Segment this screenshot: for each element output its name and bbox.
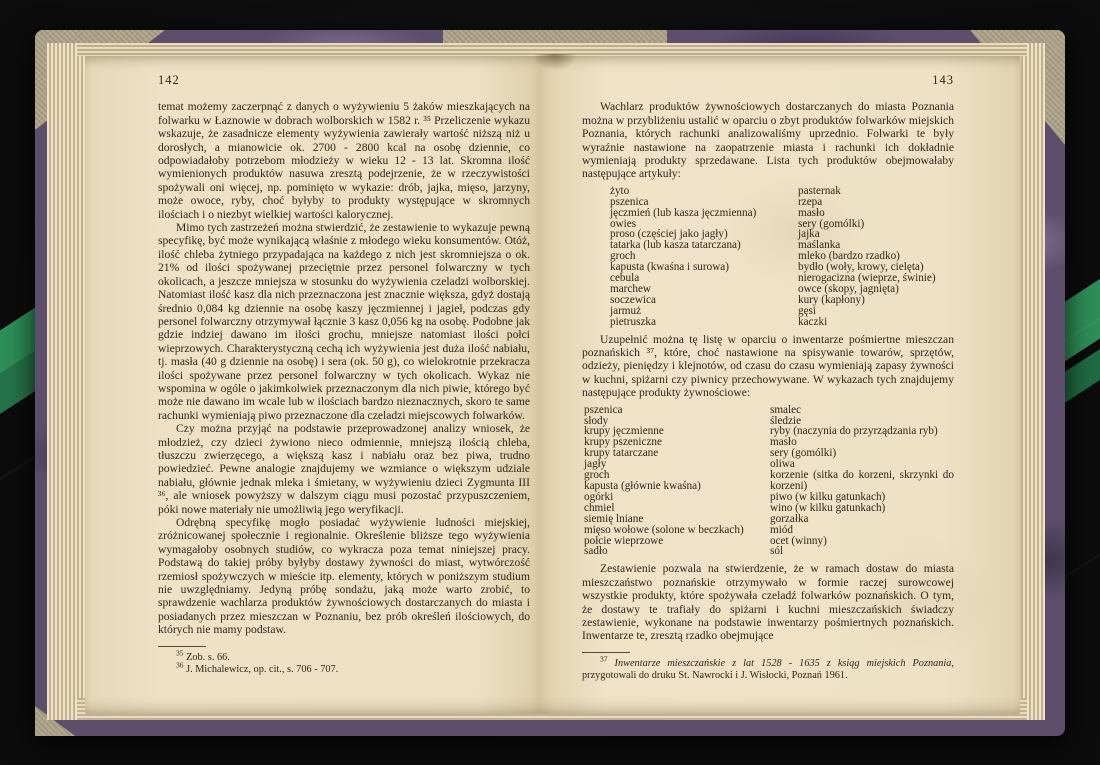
body-paragraph: Uzupełnić można tę listę w oparciu o inw…	[582, 333, 954, 400]
page-edges-right	[1021, 43, 1045, 720]
right-page: 143 Wachlarz produktów żywnościowych dos…	[582, 74, 954, 683]
list-item: jagły	[584, 459, 770, 470]
list-item: sery (gomólki)	[798, 219, 954, 230]
list-item: gorzałka	[770, 514, 954, 525]
body-paragraph: Zestawienie pozwala na stwierdzenie, że …	[582, 562, 954, 642]
product-list-column-right: pasternakrzepamasłosery (gomólki)jajkama…	[798, 186, 954, 328]
body-paragraph: Czy można przyjąć na podstawie przeprowa…	[158, 422, 530, 516]
list-item: mięso wołowe (solone w beczkach)	[584, 525, 770, 536]
footnote-marker: 37	[600, 654, 608, 663]
book-scan-background: 142 temat możemy zaczerpnąć z danych o w…	[0, 0, 1100, 765]
list-item: sery (gomólki)	[770, 448, 954, 459]
footnote-rule	[158, 646, 206, 647]
page-number-left: 142	[158, 74, 530, 87]
list-item: ryby (naczynia do przyrządzania ryb)	[770, 426, 954, 437]
list-item: pietruszka	[610, 317, 798, 328]
footnote-marker: 35	[176, 648, 184, 657]
body-paragraph: Wachlarz produktów żywnościowych dostarc…	[582, 100, 954, 180]
list-item: jęczmień (lub kasza jęczmienna)	[610, 208, 798, 219]
list-item: masło	[798, 208, 954, 219]
body-paragraph: Odrębną specyfikę mogło posiadać wyżywie…	[158, 516, 530, 637]
footnote: 37 Inwentarze mieszczańskie z lat 1528 -…	[582, 658, 954, 683]
footnote-text: J. Michalewicz, op. cit., s. 706 - 707.	[186, 664, 338, 675]
list-item: smalec	[770, 405, 954, 416]
product-list-column-right: smalecśledzieryby (naczynia do przyrządz…	[770, 405, 954, 558]
list-item: siemię lniane	[584, 514, 770, 525]
body-paragraph: Mimo tych zastrzeżeń można stwierdzić, ż…	[158, 221, 530, 422]
list-item: połcie wieprzowe	[584, 536, 770, 547]
product-list-column-left: żytopszenicajęczmień (lub kasza jęczmien…	[610, 186, 798, 328]
footnote-title: Inwentarze mieszczańskie z lat 1528 - 16…	[615, 658, 952, 669]
page-edges-left	[47, 43, 85, 720]
list-item: kaczki	[798, 317, 954, 328]
list-item: miód	[770, 525, 954, 536]
list-item: kury (kapłony)	[798, 295, 954, 306]
page-number-right: 143	[582, 74, 954, 87]
list-item: pszenica	[584, 405, 770, 416]
product-list-sold: żytopszenicajęczmień (lub kasza jęczmien…	[610, 186, 954, 328]
list-item: ocet (winny)	[770, 536, 954, 547]
list-item: korzenie (sitka do korzeni, skrzynki do …	[770, 470, 954, 492]
left-page: 142 temat możemy zaczerpnąć z danych o w…	[158, 74, 530, 677]
footnote-marker: 36	[176, 661, 184, 670]
footnote-rule	[582, 652, 630, 653]
body-paragraph: temat możemy zaczerpnąć z danych o wyżyw…	[158, 100, 530, 221]
list-item: krupy tatarczane	[584, 448, 770, 459]
gutter-notch	[525, 54, 585, 76]
list-item: sól	[770, 546, 954, 557]
product-list-column-left: pszenicasłodykrupy jęczmiennekrupy pszen…	[584, 405, 770, 558]
footnote: 35 Zob. s. 66.	[158, 652, 530, 665]
list-item: sadło	[584, 546, 770, 557]
footnote: 36 J. Michalewicz, op. cit., s. 706 - 70…	[158, 664, 530, 677]
list-item: tatarka (lub kasza tatarczana)	[610, 240, 798, 251]
footnote-text: Zob. s. 66.	[186, 652, 230, 663]
product-list-inventories: pszenicasłodykrupy jęczmiennekrupy pszen…	[584, 405, 954, 558]
